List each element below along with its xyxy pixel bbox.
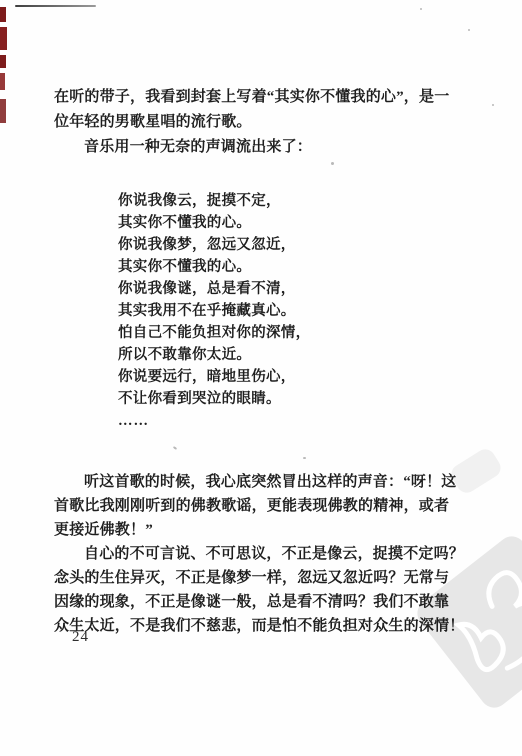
body-line: 位年轻的男歌星唱的流行歌。 (54, 110, 466, 135)
spine-red-mark (0, 99, 6, 123)
spine-red-mark (0, 55, 6, 68)
poem-ellipsis: …… (118, 410, 418, 432)
body-line: 因缘的现象，不正是像谜一般，总是看不清吗？我们不敢靠 (54, 590, 468, 614)
body-line: 首歌比我刚刚听到的佛教歌谣，更能表现佛教的精神，或者 (54, 494, 468, 518)
poem-line: 你说我像云，捉摸不定， (118, 190, 418, 212)
poem-line: 不让你看到哭泣的眼睛。 (118, 388, 418, 410)
book-page: PDG 在听的带子，我看到封套上写着“其实你不懂我的心”，是一 位年轻的男歌星唱… (0, 0, 522, 756)
body-line: 更接近佛教！” (54, 518, 468, 542)
spine-red-mark (0, 27, 7, 50)
body-line: 音乐用一种无奈的声调流出来了： (54, 135, 466, 160)
spine-red-mark (0, 73, 5, 90)
poem-line: 你说我像谜，总是看不清， (118, 278, 418, 300)
poem-line: 你说要远行，暗地里伤心， (118, 366, 418, 388)
top-rule (15, 5, 96, 7)
scan-speckle (420, 8, 422, 10)
poem-line: 你说我像梦，忽远又忽近， (118, 234, 418, 256)
body-line: 自心的不可言说、不可思议，不正是像云，捉摸不定吗？ (54, 542, 468, 566)
body-line: 听这首歌的时候，我心底突然冒出这样的声音：“呀！这 (54, 470, 468, 494)
poem-line: 怕自己不能负担对你的深情， (118, 322, 418, 344)
scan-speckle (468, 29, 470, 31)
scan-speckle (303, 457, 306, 459)
body-line: 在听的带子，我看到封套上写着“其实你不懂我的心”，是一 (54, 85, 466, 110)
scan-speckle (492, 104, 494, 106)
paragraphs-commentary: 听这首歌的时候，我心底突然冒出这样的声音：“呀！这 首歌比我刚刚听到的佛教歌谣，… (54, 470, 468, 638)
song-lyrics-block: 你说我像云，捉摸不定， 其实你不懂我的心。 你说我像梦，忽远又忽近， 其实你不懂… (118, 190, 418, 432)
poem-line: 其实我用不在乎掩藏真心。 (118, 300, 418, 322)
page-number: 24 (72, 629, 89, 646)
body-line: 念头的生住异灭，不正是像梦一样，忽远又忽近吗？无常与 (54, 566, 468, 590)
poem-line: 其实你不懂我的心。 (118, 212, 418, 234)
body-line: 众生太近，不是我们不慈悲，而是怕不能负担对众生的深情！ (54, 614, 468, 638)
poem-line: 所以不敢靠你太近。 (118, 344, 418, 366)
poem-line: 其实你不懂我的心。 (118, 256, 418, 278)
scan-speckle (331, 162, 334, 165)
scan-speckle (173, 446, 177, 450)
paragraph-opening: 在听的带子，我看到封套上写着“其实你不懂我的心”，是一 位年轻的男歌星唱的流行歌… (54, 85, 466, 160)
spine-red-mark (0, 7, 6, 22)
